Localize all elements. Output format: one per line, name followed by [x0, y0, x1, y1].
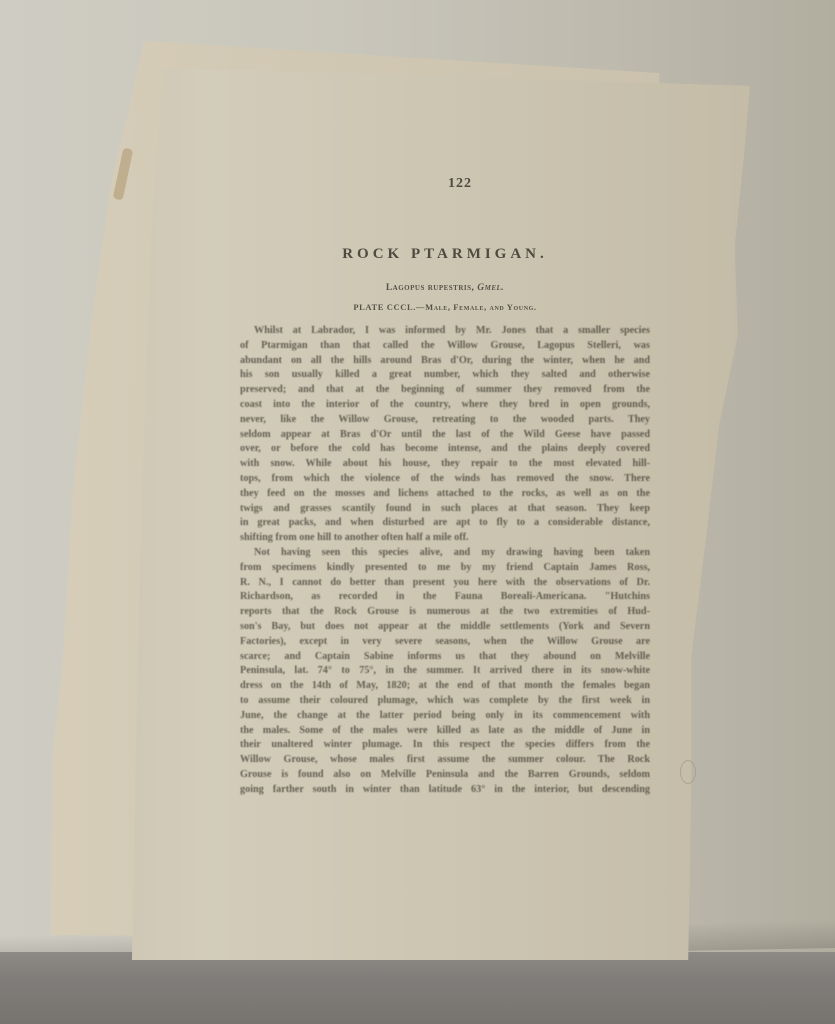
text-line: going farther south in winter than latit… — [240, 783, 650, 798]
paragraph-2: Not having seen this species alive, and … — [240, 546, 650, 798]
text-line: in great packs, and when disturbed are a… — [240, 516, 650, 531]
page-content: 122 ROCK PTARMIGAN. Lagopus rupestris, G… — [240, 176, 650, 798]
shelf-surface — [0, 952, 835, 1024]
text-line: Willow Grouse, whose males first assume … — [240, 753, 650, 768]
text-line: Richardson, as recorded in the Fauna Bor… — [240, 590, 650, 605]
text-line: they feed on the mosses and lichens atta… — [240, 487, 650, 502]
text-line: dress on the 14th of May, 1820; at the e… — [240, 679, 650, 694]
text-line: Grouse is found also on Melville Peninsu… — [240, 768, 650, 783]
text-line: never, like the Willow Grouse, retreatin… — [240, 413, 650, 428]
text-line: reports that the Rock Grouse is numerous… — [240, 605, 650, 620]
page-number: 122 — [270, 176, 650, 192]
latin-name: Lagopus rupestris, Gmel. — [240, 283, 650, 293]
text-line: scarce; and Captain Sabine informs us th… — [240, 650, 650, 665]
plate-caption: PLATE CCCL.—Male, Female, and Young. — [240, 302, 650, 312]
text-line: Peninsula, lat. 74° to 75°, in the summe… — [240, 664, 650, 679]
text-line: with snow. While about his house, they r… — [240, 457, 650, 472]
page-title: ROCK PTARMIGAN. — [240, 246, 650, 263]
text-line: Whilst at Labrador, I was informed by Mr… — [240, 324, 650, 339]
text-line: Not having seen this species alive, and … — [240, 546, 650, 561]
text-line: of Ptarmigan than that called the Willow… — [240, 339, 650, 354]
text-line: from specimens kindly presented to me by… — [240, 561, 650, 576]
text-line: abundant on all the hills around Bras d'… — [240, 354, 650, 369]
text-line: preserved; and that at the beginning of … — [240, 383, 650, 398]
body-text: Whilst at Labrador, I was informed by Mr… — [240, 324, 650, 798]
text-line: R. N., I cannot do better than present y… — [240, 576, 650, 591]
text-line: seldom appear at Bras d'Or until the las… — [240, 428, 650, 443]
latin-author: Gmel. — [477, 283, 504, 293]
text-line: their unaltered winter plumage. In this … — [240, 738, 650, 753]
text-line: shifting from one hill to another often … — [240, 531, 650, 546]
text-line: over, or before the cold has become inte… — [240, 442, 650, 457]
paragraph-1: Whilst at Labrador, I was informed by Mr… — [240, 324, 650, 546]
text-line: to assume their coloured plumage, which … — [240, 694, 650, 709]
text-line: tops, from which the violence of the win… — [240, 472, 650, 487]
latin-name-text: Lagopus rupestris, — [386, 283, 475, 293]
text-line: June, the change at the latter period be… — [240, 709, 650, 724]
page-stain — [680, 760, 696, 784]
text-line: his son usually killed a great number, w… — [240, 368, 650, 383]
text-line: son's Bay, but does not appear at the mi… — [240, 620, 650, 635]
text-line: twigs and grasses scantily found in such… — [240, 502, 650, 517]
text-line: the males. Some of the males were killed… — [240, 724, 650, 739]
text-line: coast into the interior of the country, … — [240, 398, 650, 413]
text-line: Factories), except in very severe season… — [240, 635, 650, 650]
